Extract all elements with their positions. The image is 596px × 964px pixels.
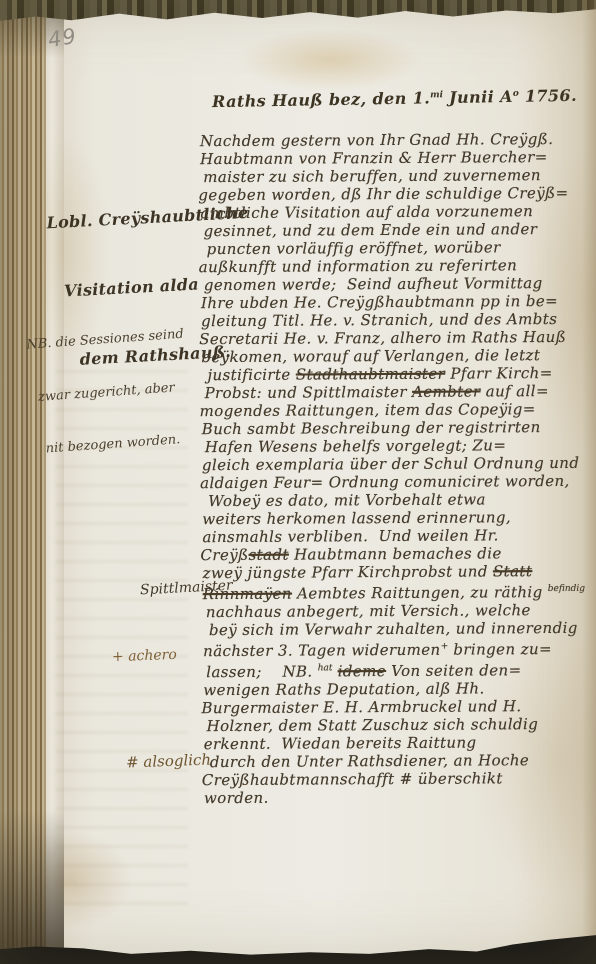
main-text-block: Nachdem gestern von Ihr Gnad Hh. Creÿgß.… bbox=[200, 130, 576, 807]
book-top-edge bbox=[0, 0, 596, 22]
text-line: Ihre ubden He. Creÿgßhaubtmann pp in be= bbox=[201, 292, 573, 312]
text-line: Nachdem gestern von Ihr Gnad Hh. Creÿgß. bbox=[200, 130, 572, 150]
text-line: worden. bbox=[204, 787, 576, 807]
text-line: puncten vorläuffig eröffnet, worüber bbox=[207, 238, 573, 258]
text-line: Burgermaister E. H. Armbruckel und H. bbox=[201, 697, 575, 717]
text-line: justificirte Stadthaubtmaister Pfarr Kir… bbox=[207, 364, 573, 384]
text-line: gleitung Titl. He. v. Stranich, und des … bbox=[201, 310, 573, 330]
text-line: zweÿ jüngste Pfarr Kirchprobst und Statt bbox=[203, 562, 575, 582]
text-line: außkunfft und information zu referirten bbox=[199, 256, 573, 276]
margin-note-line: NB. die Sessiones seind bbox=[26, 326, 184, 354]
margin-caret-addition: + achero bbox=[112, 647, 177, 665]
text-line: ambtliche Visitation auf alda vorzunemen bbox=[200, 202, 572, 222]
manuscript-scan-page: 49 Raths Hauß bez, den 1.mi Junii Ao 175… bbox=[0, 0, 596, 964]
text-line: genomen werde; Seind aufheut Vormittag bbox=[204, 274, 573, 294]
margin-note-line: nit bezogen worden. bbox=[45, 430, 191, 458]
margin-hash-addition: # alsoglich bbox=[126, 751, 212, 772]
text-line: lassen; NB. hat ideme Von seiten den= bbox=[206, 658, 575, 681]
page-number-pencil: 49 bbox=[46, 24, 78, 52]
text-line: beÿ sich im Verwahr zuhalten, und innere… bbox=[209, 619, 575, 639]
scan-background-bottom bbox=[0, 925, 596, 964]
text-line: Haubtmann von Franzin & Herr Buercher= bbox=[200, 148, 572, 168]
text-line: gesinnet, und zu dem Ende ein und ander bbox=[203, 220, 572, 240]
margin-note-line: zwar zugericht, aber bbox=[38, 378, 188, 406]
text-line: ainsmahls verbliben. Und weilen Hr. bbox=[202, 526, 574, 546]
text-line: nächster 3. Tagen widerumen+ bringen zu= bbox=[203, 637, 575, 660]
text-line: Probst: und Spittlmaister Aembter auf al… bbox=[204, 382, 573, 402]
date-heading: Raths Hauß bez, den 1.mi Junii Ao 1756. bbox=[212, 83, 577, 112]
text-line: maister zu sich beruffen, und zuvernemen bbox=[203, 166, 572, 186]
text-line: Hafen Wesens behelfs vorgelegt; Zu= bbox=[205, 436, 574, 456]
margin-note-sessiones: NB. die Sessiones seind zwar zugericht, … bbox=[23, 291, 194, 494]
text-line: Creÿßstadt Haubtmann bemaches die bbox=[200, 544, 574, 564]
text-line: Secretarii He. v. Franz, alhero im Raths… bbox=[199, 328, 573, 348]
text-line: durch den Unter Rathsdiener, an Hoche bbox=[210, 751, 576, 771]
text-line: Wobeÿ es dato, mit Vorbehalt etwa bbox=[208, 490, 574, 510]
text-line: mogendes Raittungen, item das Copeÿig= bbox=[200, 400, 574, 420]
page-right-shadow bbox=[582, 0, 596, 964]
text-line: Creÿßhaubtmannschafft # überschikt bbox=[202, 769, 576, 789]
text-line: wenigen Raths Deputation, alß Hh. bbox=[203, 679, 575, 699]
text-line: Rinnmaÿen Aembtes Raittungen, zu räthig … bbox=[203, 580, 575, 603]
text-line: gegeben worden, dß Ihr die schuldige Cre… bbox=[198, 184, 572, 204]
text-line: gleich exemplaria über der Schul Ordnung… bbox=[202, 454, 574, 474]
text-line: aldaigen Feur= Ordnung comuniciret worde… bbox=[200, 472, 574, 492]
text-line: beÿkomen, worauf auf Verlangen, die letz… bbox=[201, 346, 573, 366]
text-line: erkennt. Wiedan bereits Raittung bbox=[204, 733, 576, 753]
text-line: weiters herkomen lassend erinnerung, bbox=[202, 508, 574, 528]
text-line: Holzner, dem Statt Zuschuz sich schuldig bbox=[207, 715, 576, 735]
text-line: nachhaus anbegert, mit Versich., welche bbox=[206, 601, 575, 621]
text-line: Buch sambt Beschreibung der registrirten bbox=[202, 418, 574, 438]
